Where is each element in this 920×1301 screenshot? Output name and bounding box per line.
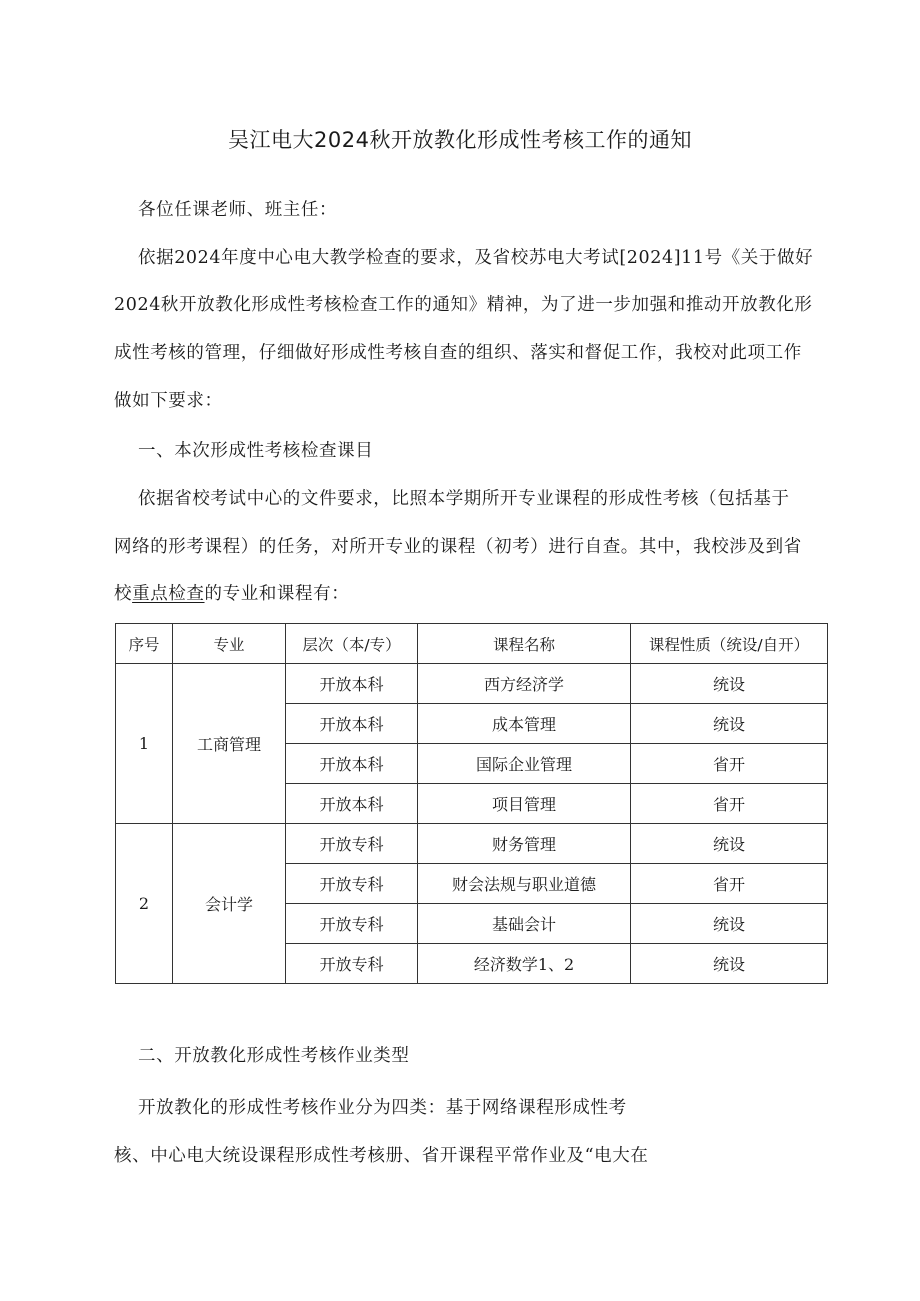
cell-level: 开放本科 (286, 704, 418, 744)
cell-index: 1 (116, 664, 173, 824)
cell-course: 财务管理 (418, 824, 631, 864)
cell-type: 统设 (631, 704, 828, 744)
cell-type: 统设 (631, 664, 828, 704)
cell-course: 基础会计 (418, 904, 631, 944)
table-row: 1 工商管理 开放本科 西方经济学 统设 (116, 664, 828, 704)
cell-level: 开放本科 (286, 744, 418, 784)
cell-type: 省开 (631, 864, 828, 904)
section2-line: 开放教化的形成性考核作业分为四类：基于网络课程形成性考 (138, 1094, 627, 1119)
intro-line: 成性考核的管理，仔细做好形成性考核自查的组织、落实和督促工作，我校对此项工作 (114, 339, 802, 364)
cell-course: 项目管理 (418, 784, 631, 824)
section1-line: 依据省校考试中心的文件要求，比照本学期所开专业课程的形成性考核（包括基于 (138, 485, 790, 510)
header-major: 专业 (173, 624, 286, 664)
cell-type: 统设 (631, 824, 828, 864)
intro-line: 做如下要求： (114, 387, 223, 412)
cell-level: 开放专科 (286, 944, 418, 984)
cell-level: 开放专科 (286, 864, 418, 904)
document-title: 吴江电大2024秋开放教化形成性考核工作的通知 (0, 124, 920, 154)
header-type: 课程性质（统设/自开） (631, 624, 828, 664)
cell-course: 成本管理 (418, 704, 631, 744)
cell-course: 财会法规与职业道德 (418, 864, 631, 904)
section-heading-2: 二、开放教化形成性考核作业类型 (138, 1042, 410, 1067)
cell-level: 开放专科 (286, 904, 418, 944)
intro-line: 2024秋开放教化形成性考核检查工作的通知》精神，为了进一步加强和推动开放教化形 (114, 291, 813, 316)
cell-major: 会计学 (173, 824, 286, 984)
section1-line: 网络的形考课程）的任务，对所开专业的课程（初考）进行自查。其中，我校涉及到省 (114, 533, 802, 558)
cell-course: 经济数学1、2 (418, 944, 631, 984)
cell-type: 省开 (631, 784, 828, 824)
cell-type: 省开 (631, 744, 828, 784)
section-heading-1: 一、本次形成性考核检查课目 (138, 437, 373, 462)
header-level: 层次（本/专） (286, 624, 418, 664)
underlined-text: 重点检查 (132, 584, 204, 604)
text: 的专业和课程有： (205, 584, 350, 604)
table-header-row: 序号 专业 层次（本/专） 课程名称 课程性质（统设/自开） (116, 624, 828, 664)
text: 校 (114, 584, 132, 604)
header-course: 课程名称 (418, 624, 631, 664)
intro-line: 依据2024年度中心电大教学检查的要求，及省校苏电大考试[2024]11号《关于… (138, 244, 813, 269)
cell-level: 开放专科 (286, 824, 418, 864)
cell-major: 工商管理 (173, 664, 286, 824)
cell-index: 2 (116, 824, 173, 984)
section1-last-line: 校重点检查的专业和课程有： (114, 580, 349, 605)
course-table: 序号 专业 层次（本/专） 课程名称 课程性质（统设/自开） 1 工商管理 开放… (115, 623, 828, 984)
cell-level: 开放本科 (286, 664, 418, 704)
cell-course: 西方经济学 (418, 664, 631, 704)
header-index: 序号 (116, 624, 173, 664)
cell-course: 国际企业管理 (418, 744, 631, 784)
cell-level: 开放本科 (286, 784, 418, 824)
table-row: 2 会计学 开放专科 财务管理 统设 (116, 824, 828, 864)
section2-line: 核、中心电大统设课程形成性考核册、省开课程平常作业及“电大在 (114, 1142, 648, 1167)
salutation: 各位任课老师、班主任： (138, 196, 337, 221)
cell-type: 统设 (631, 904, 828, 944)
cell-type: 统设 (631, 944, 828, 984)
